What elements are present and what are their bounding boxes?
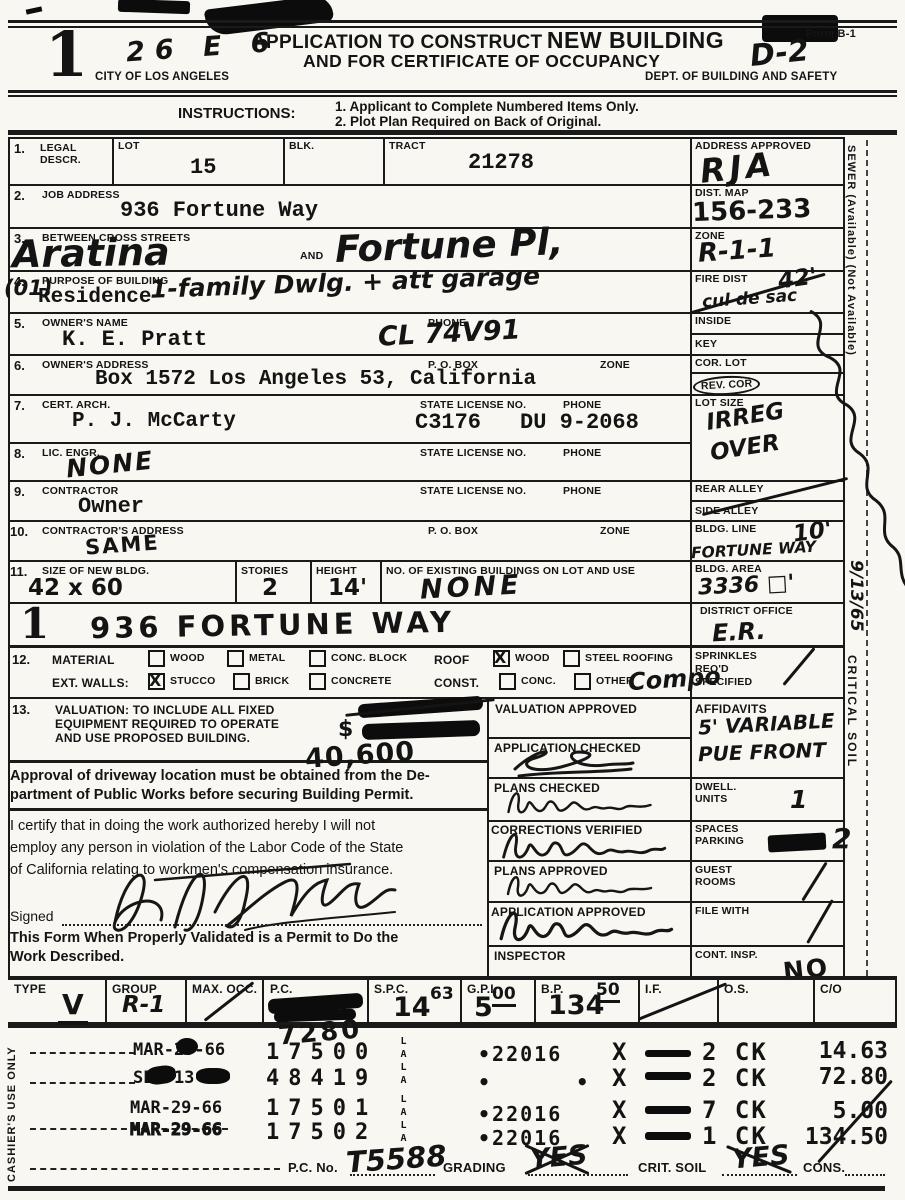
register-ck: 7 CK [702,1096,768,1124]
register-x: X [612,1064,626,1092]
checkbox-label: STEEL ROOFING [585,652,673,666]
grid-line [8,808,487,811]
checkbox-mark: X [494,648,506,667]
scan-artifact [118,0,190,14]
purpose-written-value: 1-family Dwlg. + att garage [150,261,541,304]
application-approved-signature-scrawl [489,906,679,948]
instructions-label: INSTRUCTIONS: [178,105,296,122]
certify-line1: I certify that in doing the work authori… [10,818,375,834]
band-address: 936 FORTUNE WAY [90,605,456,645]
grid-line [487,737,690,739]
grading-label: GRADING [443,1160,506,1175]
spc-value-sup: 63 [430,984,454,1004]
checkbox-ext-stucco: XSTUCCO [148,673,216,691]
lot-size-line2: OVER [708,430,781,467]
instruction-line-1: 1. Applicant to Complete Numbered Items … [335,99,639,114]
state-license-label: STATE LICENSE NO. [420,447,526,459]
scan-artifact [26,6,43,14]
cert-arch-name: P. J. McCarty [72,410,236,433]
stamp-bar [645,1106,691,1114]
field-number: 1. [14,141,25,156]
cross-street-1: Aratina [12,230,170,277]
stamp-bar [645,1132,691,1140]
contractor-value: Owner [78,494,144,519]
scanned-permit-form: 1 26 E 6 APPLICATION TO CONSTRUCT NEW BU… [0,0,905,1200]
register-account: •22016 [478,1102,562,1126]
checkbox-label: WOOD [170,652,205,666]
dist-map-value: 156-233 [692,194,812,228]
register-amount: 14.63 [770,1038,888,1064]
stories-value: 2 [262,575,278,601]
checkbox-label: CONCRETE [331,675,392,689]
rule [8,90,897,93]
checkbox-label: CONC. [521,675,556,689]
zone-label: ZONE [600,359,630,371]
instruction-line-2: 2. Plot Plan Required on Back of Origina… [335,114,601,129]
register-receipt-number: 17500 [266,1040,377,1065]
form-title: APPLICATION TO CONSTRUCT NEW BUILDING [252,27,724,54]
register-date: MAR-29-66 [130,1120,222,1140]
po-box-label: P. O. BOX [428,525,478,537]
cert-arch-phone: DU 9-2068 [520,410,639,435]
valuation-label-line1: VALUATION: TO INCLUDE ALL FIXED [55,703,275,717]
scan-artifact [196,1068,230,1084]
lot-label: LOT [118,140,140,152]
col-header-if: I.F. [645,982,662,996]
agency-dept: DEPT. OF BUILDING AND SAFETY [645,71,837,83]
state-license-label: STATE LICENSE NO. [420,485,526,497]
rule [8,130,897,135]
checkbox-label: WOOD [515,652,550,666]
form-title-part1: APPLICATION TO CONSTRUCT [252,32,542,53]
checkbox-roof-wood: XWOOD [493,650,550,668]
rule [8,976,897,980]
leader-line [30,1168,280,1170]
grid-line [460,980,462,1022]
cor-lot-label: COR. LOT [695,357,747,369]
spc-value: 14 [393,992,431,1023]
grid-line [8,137,845,139]
cons-label: CONS. [803,1160,845,1175]
field-number: 9. [14,484,25,499]
checkbox-label: METAL [249,652,285,666]
page-number: 1 [45,24,88,86]
existing-buildings-value: NONE [419,569,523,605]
owner-address-value: Box 1572 Los Angeles 53, California [95,368,536,391]
group-value: R-1 [122,992,165,1018]
rule [8,1186,885,1191]
col-header-pc: P.C. [270,982,293,996]
grid-line [380,560,382,602]
col-header-type: TYPE [14,982,46,996]
grid-line [105,980,107,1022]
driveway-notice-line1: Approval of driveway location must be ob… [10,768,430,784]
field-number: 10. [10,524,28,539]
inspector-label: INSPECTOR [494,949,566,963]
type-value: V [58,988,88,1025]
register-amount: 72.80 [770,1064,888,1090]
grid-line [367,980,369,1022]
field-number: 7. [14,398,25,413]
leader-line [722,1174,797,1176]
checkbox-walls-conc-block: CONC. BLOCK [309,650,407,668]
field-number: 13. [12,702,30,717]
register-x: X [612,1096,626,1124]
grid-line [235,560,237,602]
height-value: 14' [328,575,367,601]
valuation-approved-label: VALUATION APPROVED [495,702,637,716]
field-number: 2. [14,188,25,203]
leader-line [528,1174,628,1176]
col-header-os: O.S. [724,982,749,996]
col-header-co: C/O [820,982,842,996]
rev-cor-label: REV. COR [693,374,761,397]
sprinklers-label-line2: REQ'D [695,663,729,675]
gpi-value: 5 [474,992,493,1023]
band-page-number: 1 [20,603,49,645]
and-label: AND [300,250,323,262]
ext-walls-label: EXT. WALLS: [52,676,129,690]
crossed-out-amount [362,720,480,740]
grid-line [262,980,264,1022]
leader-line [845,1174,885,1176]
register-date: MAR-29-66 [130,1098,222,1118]
legal-descr-label: LEGAL DESCR. [40,142,100,166]
cert-arch-license: C3176 [415,410,481,435]
gpi-value-sup: 00 [492,984,516,1007]
scan-artifact [176,1038,198,1055]
register-receipt-number: 17501 [266,1096,377,1121]
sprinklers-label-line1: SPRINKLES [695,650,757,662]
field-number: 11. [10,564,27,579]
register-account: • • [478,1070,590,1094]
checkbox-label: CONC. BLOCK [331,652,407,666]
owner-name-value: K. E. Pratt [62,327,207,352]
form-subtitle: AND FOR CERTIFICATE OF OCCUPANCY [303,51,660,72]
grid-line [185,980,187,1022]
owner-phone-value: CL 74V91 [377,314,521,352]
form-title-part2: NEW BUILDING [547,27,724,53]
leader-line [30,1052,135,1054]
size-value: 42 x 60 [28,575,123,601]
const-label: CONST. [434,676,479,690]
tract-label: TRACT [389,140,426,152]
leader-line [350,1174,435,1176]
grid-line [8,312,845,314]
cashier-side-label: CASHIER'S USE ONLY [6,1042,18,1182]
margin-date-note: 9/13/65 [846,560,866,632]
validator-stamp: LALA [398,1036,409,1088]
job-address-value: 936 Fortune Way [120,198,318,223]
corrections-signature-scrawl [490,826,675,866]
phone-label: PHONE [563,485,601,497]
critical-soil-margin-label: CRITICAL SOIL [845,655,859,895]
grid-line [283,137,285,184]
grid-line [638,980,640,1022]
register-x: X [612,1122,626,1150]
stamp-bar [645,1050,691,1057]
field-number: 8. [14,446,25,461]
checkbox-walls-wood: WOOD [148,650,205,668]
file-with-label: FILE WITH [695,905,749,917]
job-address-label: JOB ADDRESS [42,189,120,201]
checkbox-mark: X [149,671,161,690]
dwell-units-value: 1 [790,785,807,814]
rule [8,95,897,97]
agency-city: CITY OF LOS ANGELES [95,71,229,83]
fire-dist-note: cul de sac [701,286,797,313]
checkbox-ext-concrete: CONCRETE [309,673,392,691]
guest-rooms-label: GUEST ROOMS [695,864,745,888]
inside-label: INSIDE [695,315,731,327]
register-account: •22016 [478,1042,562,1066]
checkbox-const-conc: CONC. [499,673,556,691]
checker-signature-scrawl [497,743,647,785]
register-ck: 2 CK [702,1064,768,1092]
spaces-parking-label: SPACES PARKING [695,823,750,847]
grid-line [690,500,843,502]
plans-approved-signature-scrawl [494,868,664,904]
redaction-blot [768,832,827,852]
register-receipt-number: 17502 [266,1120,377,1145]
stamp-bar [645,1072,691,1080]
pen-slash [801,862,827,902]
field-number: 12. [12,652,30,667]
lot-value: 15 [190,155,216,180]
district-office-value: E.R. [711,617,766,648]
sprinklers-label-line3: SPECIFIED [695,676,752,688]
grid-line [8,520,845,522]
plan-checker-signature-scrawl [492,786,667,822]
affidavits-value-line2: PUE FRONT [698,738,827,766]
fire-dist-label: FIRE DIST [695,273,748,285]
grid-line [895,980,897,1022]
contractor-address-value: SAME [84,530,160,559]
driveway-notice-line2: partment of Public Works before securing… [10,787,413,803]
validator-stamp: LALA [398,1094,409,1146]
pen-slash [806,899,834,944]
zone-value: R-1-1 [697,233,777,268]
checkbox-ext-brick: BRICK [233,673,289,691]
rev-cor-circled: REV. COR [693,375,760,395]
rear-alley-label: REAR ALLEY [695,483,764,495]
bldg-area-value: 3336 □' [697,570,795,600]
grid-line [112,137,114,184]
grid-line [813,980,815,1022]
file-mark-handwriting: D-2 [748,33,810,74]
tract-value: 21278 [468,150,534,175]
checkbox-label: STUCCO [170,675,216,689]
rule [8,20,897,23]
bldg-line-label: BLDG. LINE [695,523,757,535]
register-receipt-number: 48419 [266,1066,377,1091]
bldg-line-note: FORTUNE WAY [691,538,817,563]
pc-no-label: P.C. No. [288,1160,338,1175]
grid-line [310,560,312,602]
form-number: Form B-1 [806,28,856,40]
key-label: KEY [695,338,717,350]
phone-label: PHONE [563,447,601,459]
address-approved-value: RJA [698,144,777,191]
material-label: MATERIAL [52,653,115,667]
field-number: 5. [14,316,25,331]
dollar-sign: $ [338,717,353,742]
valuation-label-line3: AND USE PROPOSED BUILDING. [55,731,250,745]
checkbox-walls-metal: METAL [227,650,285,668]
cont-insp-label: CONT. INSP. [695,949,758,961]
rule [8,1022,897,1028]
grid-line [383,137,385,184]
register-ck: 2 CK [702,1038,768,1066]
purpose-use-value: Residence [38,286,151,309]
dwell-units-label: DWELL. UNITS [695,781,745,805]
checkbox-label: BRICK [255,675,289,689]
grid-line [8,480,845,482]
grid-line [8,354,845,356]
district-office-label: DISTRICT OFFICE [700,605,793,617]
validated-line2: Work Described. [10,949,124,965]
bp-value-sup: 50 [596,980,620,1003]
checkbox-const-other: OTHER [574,673,634,691]
pen-slash [782,647,815,686]
validated-line1: This Form When Properly Validated is a P… [10,930,398,946]
signature-line [62,924,482,926]
roof-label: ROOF [434,653,469,667]
register-x: X [612,1038,626,1066]
signed-label: Signed [10,908,54,924]
zone-label: ZONE [600,525,630,537]
field-number: 6. [14,358,25,373]
blk-label: BLK. [289,140,314,152]
grid-line [8,442,692,444]
valuation-label-line2: EQUIPMENT REQUIRED TO OPERATE [55,717,279,731]
leader-line [30,1082,135,1084]
crit-soil-label: CRIT. SOIL [638,1160,706,1175]
grid-line [534,980,536,1022]
